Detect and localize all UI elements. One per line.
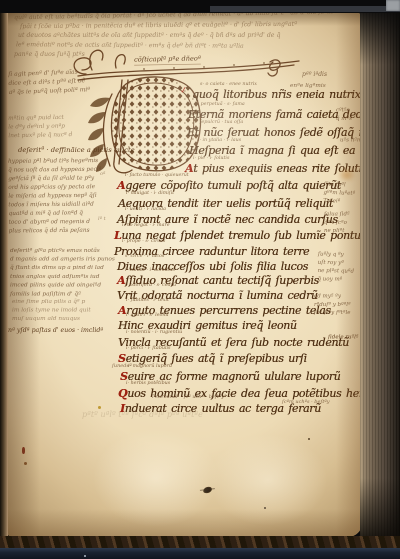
interlinear-gloss: i· cantat · i· domibus [125, 267, 175, 272]
interlinear-gloss: i· ſepulcrũ · tua oſſa [195, 119, 243, 124]
margin-note-line: imced pilins quide ald oingelªd [10, 281, 115, 290]
rubric-initial: L [114, 229, 121, 242]
margin-note-line: lª t [98, 215, 106, 223]
verse-text: quoq̃ litoribus nr̃is eneia nutrix [192, 88, 360, 101]
verse-line: s· o caieta · enee nutrixquoq̃ litoribus… [192, 88, 360, 101]
margin-note: deſeritª · deffinãice a pictis cuicte [18, 145, 135, 155]
margin-note-line: pªº iªdis [302, 70, 327, 79]
show-through-text: pªtº uªlº tºª ſªcº dªlº pºª uªtªe [82, 409, 203, 421]
dust-dot [84, 555, 86, 557]
verse-line: i· pie · i· ſolutisAt pius exequiis enea… [185, 162, 362, 175]
margin-note: cºtªeq̃ mªs [336, 106, 352, 123]
parchment-page: ✓ s· o caieta · enee nutrixquoq̃ litorib… [6, 10, 362, 537]
speck [24, 462, 27, 465]
margin-note: ſuªly q ªyuſt roy yªne plªst quªdq̃ uoy … [317, 250, 354, 284]
margin-note-line: d mganis add ad amgeris iris punos [10, 255, 115, 264]
margin-note: ſidele ruªlª~ ~ [328, 333, 358, 350]
margin-note-line: panªe q̃ duos ſuªq̃ ptªs [14, 50, 85, 59]
margin-note: lª t [98, 215, 106, 223]
interlinear-gloss: i· herbis potẽtibus [126, 380, 170, 385]
speck [264, 507, 266, 509]
interlinear-gloss: i· pie · i· ſolutis [193, 155, 229, 160]
margin-note: ad myª ºyrªduſª y bºªlªſuª fºªy fªtªle [314, 292, 351, 317]
margin-note-line: ad myª ºy [314, 292, 351, 300]
margin-note-line: Tyªeiª [323, 196, 355, 205]
margin-note-line: cõſticaplª pªe dñeoª [134, 54, 201, 66]
margin-note-line: q̃ ſtunt dis dims up a pind di lad [10, 263, 115, 272]
interlinear-gloss: i· nauigat · i· dimiſit [126, 190, 174, 195]
rubric-initial: A [118, 304, 126, 317]
margin-note-line: deſeritª glºa pticºs emas notãs [10, 246, 115, 255]
ink-blot [202, 486, 212, 494]
margin-note: ſcªm uchªs · beſtªy [282, 398, 330, 406]
margin-note: enªe ligªmis [290, 81, 326, 90]
rubric-paragraph-mark: ✓ [179, 86, 188, 97]
margin-note: mªtin quº puid lactle dªy deªinl y onªpl… [8, 113, 72, 140]
interlinear-gloss: i· ſubtiles · i· texit [126, 297, 169, 302]
margin-note-line: ſidele ruªlª [328, 333, 358, 341]
margin-note-line: cºtªe [336, 106, 352, 114]
interlinear-gloss: i· nõ negat · i· mare [122, 222, 170, 227]
margin-note: ſalua ſidªq̃ª t ſcªone pliªt [324, 210, 350, 235]
margin-note: ſi agit penª d' ſuªe aĩasdice eſt a diªs… [8, 67, 90, 97]
rubric-initial: Q [118, 387, 127, 400]
margin-note-line: im loſis tyme ne imold quit [12, 306, 91, 315]
margin-note-line: pªtº uªlº tºª ſªcº dªlº pºª uªtªe [82, 409, 203, 421]
book-fore-edge [360, 10, 400, 538]
interlinear-gloss: i· uenti · i· lucida [125, 206, 166, 211]
speck [308, 438, 310, 440]
margin-note-line: lnet puxª ple q̃ nucª d [8, 130, 72, 140]
margin-note-line: oª [100, 170, 105, 178]
rubric-initial: A [117, 274, 125, 287]
margin-note-line: q̃ mªs [336, 114, 352, 122]
interlinear-gloss: i· magnorũ luporũ [128, 363, 172, 368]
margin-note-line: uªs nªm [340, 136, 362, 144]
margin-note-line: eine ſime plia pilis a q̃ª p [12, 297, 91, 306]
margin-note-line: ſalua ſidª [324, 210, 350, 218]
speck [98, 406, 101, 409]
margin-note: nª yſdª paſtas d' euos · imclidª [8, 326, 103, 335]
margin-note-line: rªduſª y bºªlª [314, 300, 351, 308]
margin-note: ſpãi t ſcõe uia pªba · in penitẽcia duº … [20, 20, 297, 32]
margin-note-line: enªe ligªmis [290, 81, 326, 90]
scanner-edge [210, 6, 400, 12]
margin-note: deſeritª glºa pticºs emas notãsd mganis … [10, 246, 115, 298]
margin-note: ſªta fuªlgºªm luªetªTyªeiª [323, 180, 356, 206]
interlinear-gloss: i· nolentiũ · i· rugientiũ [126, 329, 182, 334]
margin-note: oª [100, 170, 105, 178]
margin-note-line: todos ĩ miſens his uidiall aiªd [8, 200, 101, 210]
margin-note-line: ~ ~ [328, 341, 358, 349]
margin-note-line: ſcªm uchªs · beſtªy [282, 398, 330, 406]
interlinear-gloss: s· circe · i· lucos [125, 253, 164, 258]
margin-note: panªe q̃ duos ſuªq̃ ptªs [14, 50, 85, 59]
interlinear-gloss: i· facto tumulo · quieuerũt [125, 172, 189, 177]
margin-note-line: deſeritª · deffinãice a pictis cuicte [18, 145, 135, 155]
margin-note-line: ne pliªt [324, 227, 350, 235]
red-wax-speck [22, 447, 25, 454]
margin-note: ut deuotos aªchãtes uittªs de oĩa añt ſu… [18, 31, 280, 40]
margin-note-line: tnios anglos quid adſumªis iud [10, 272, 115, 281]
margin-note-line: ſunedeª [112, 362, 132, 370]
interlinear-gloss: i· odoriferã · s· cedrũ [125, 282, 176, 287]
margin-note-line: ſpãi t ſcõe uia pªba · in penitẽcia duº … [20, 20, 297, 32]
interlinear-gloss: i· perpetuã · s· fama [196, 101, 245, 106]
margin-note-line: ut deuotos aªchãtes uittªs de oĩa añt ſu… [18, 31, 280, 40]
margin-note: eine ſime plia pilis a q̃ª pim loſis tym… [12, 297, 91, 323]
margin-note-line: plus relicos q̃ dd rãs peſans [9, 226, 102, 236]
photo-top-band [0, 0, 400, 13]
verse-text: At pius exequiis eneas rite ſolutis [185, 162, 362, 175]
rubric-initial: A [117, 179, 125, 192]
bottom-strip [0, 548, 400, 559]
margin-note: pªº iªdis [302, 70, 327, 79]
top-caption: cõſticaplª pªe dñeoª [134, 54, 201, 66]
margin-note: ſunedeª [112, 362, 132, 370]
interlinear-gloss: i· porci · i· ſtabulis [126, 345, 170, 350]
margin-note-line: q̃ uoy mª [317, 275, 354, 284]
manuscript-photo: ✓ s· o caieta · enee nutrixquoq̃ litorib… [0, 0, 400, 559]
interlinear-gloss: s· o caieta · enee nutrix [200, 81, 257, 86]
interlinear-gloss: s· in ytalia · i· laus [197, 137, 241, 142]
margin-note-line: muſ uuqum ald nuuqus [12, 314, 91, 323]
interlinear-gloss: i· audiri · s· leonũ [126, 312, 169, 317]
margin-note: ĩ curbanal' · ſcª uchª · beſtªyª [152, 393, 226, 401]
interlinear-gloss: i· prope · s· circes [122, 238, 165, 243]
margin-note-line: ſuª fºªy fªtªle [314, 309, 351, 317]
margin-note: hyppeia pªl bªud tiªs hegeªmisq̃ nos uoſ… [8, 156, 102, 235]
book-gutter-edge [0, 10, 8, 540]
margin-note-line: ĩ curbanal' · ſcª uchª · beſtªyª [152, 393, 226, 401]
margin-note-line: q̃ª t ſcªo [324, 218, 350, 226]
margin-note-line: nª yſdª paſtas d' euos · imclidª [8, 326, 103, 335]
scanner-corner-chip [386, 0, 400, 11]
margin-note: uªs nªm [340, 136, 362, 144]
